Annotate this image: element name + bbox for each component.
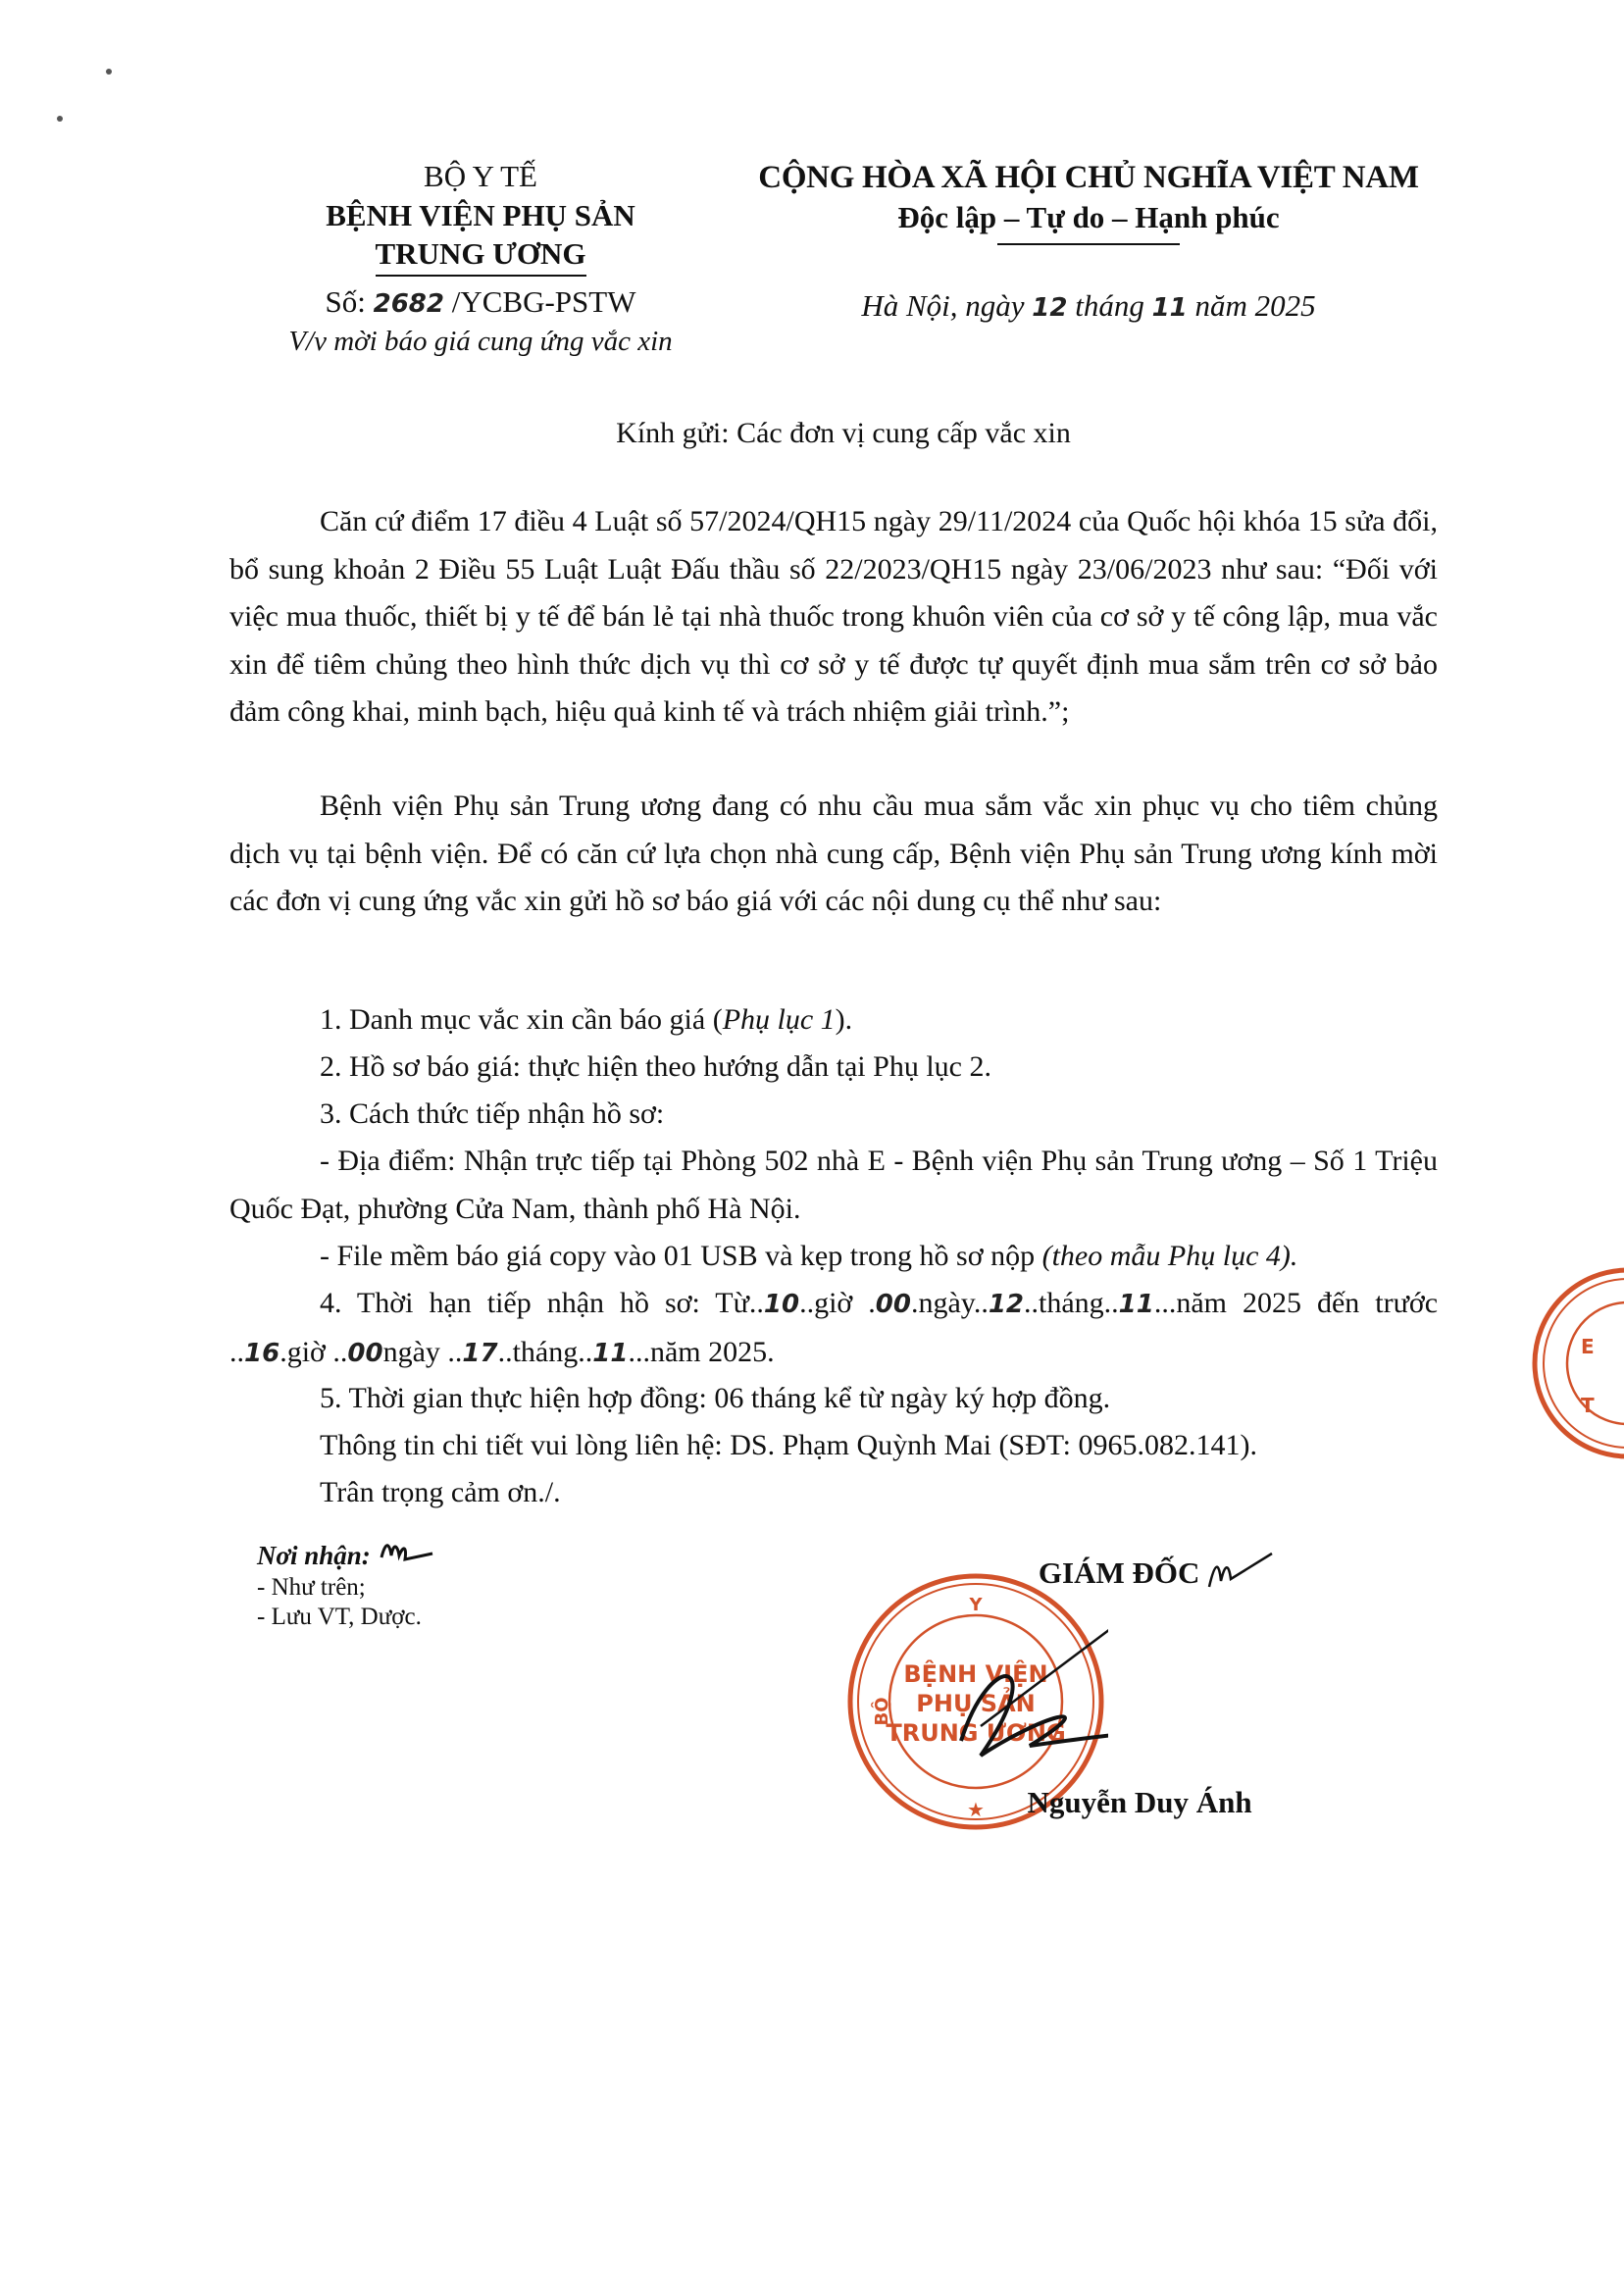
- handwritten-day: 12: [1032, 293, 1067, 323]
- item-4-deadline: 4. Thời hạn tiếp nhận hồ sơ: Từ..10..giờ…: [229, 1280, 1438, 1377]
- recipient-line: Kính gửi: Các đơn vị cung cấp vắc xin: [216, 417, 1471, 450]
- recipient-item: - Như trên;: [257, 1573, 669, 1603]
- item-1: 1. Danh mục vắc xin cần báo giá (Phụ lục…: [229, 996, 1438, 1045]
- svg-text:PHỤ SẢN: PHỤ SẢN: [916, 1685, 1035, 1717]
- country-name: CỘNG HÒA XÃ HỘI CHỦ NGHĨA VIỆT NAM: [706, 157, 1471, 198]
- hospital-name-line2: TRUNG ƯƠNG: [376, 235, 586, 277]
- ministry-name: BỘ Y TẾ: [245, 157, 716, 196]
- handwritten-from-minute: 00: [876, 1290, 911, 1319]
- svg-text:★: ★: [967, 1800, 985, 1821]
- svg-text:Y: Y: [968, 1595, 983, 1615]
- item-3: 3. Cách thức tiếp nhận hồ sơ:: [229, 1091, 1438, 1139]
- recipients-block: Nơi nhận: - Như trên; - Lưu VT, Dược.: [257, 1538, 669, 1632]
- partial-stamp-icon: E T: [1530, 1236, 1624, 1471]
- recipient-item: - Lưu VT, Dược.: [257, 1603, 669, 1632]
- handwritten-to-minute: 00: [347, 1339, 382, 1368]
- document-number: Số: 2682 /YCBG-PSTW: [245, 282, 716, 324]
- issue-date: Hà Nội, ngày 12 tháng 11 năm 2025: [706, 288, 1471, 324]
- handwritten-to-month: 11: [592, 1339, 628, 1368]
- initials-signature-icon: [378, 1538, 436, 1567]
- scan-speck: [57, 116, 63, 122]
- national-header: CỘNG HÒA XÃ HỘI CHỦ NGHĨA VIỆT NAM Độc l…: [706, 157, 1471, 245]
- signer-name: Nguyễn Duy Ánh: [992, 1785, 1287, 1820]
- handwritten-from-hour: 10: [764, 1290, 799, 1319]
- national-motto: Độc lập – Tự do – Hạnh phúc: [897, 198, 1279, 237]
- document-subject: V/v mời báo giá cung ứng vắc xin: [245, 324, 716, 359]
- handwritten-month: 11: [1152, 293, 1188, 323]
- paragraph-request: Bệnh viện Phụ sản Trung ương đang có nhu…: [229, 783, 1438, 926]
- signature-flourish-icon: [1207, 1552, 1276, 1591]
- handwritten-to-day: 17: [462, 1339, 497, 1368]
- item-5: 5. Thời gian thực hiện hợp đồng: 06 thán…: [229, 1375, 1438, 1423]
- hospital-name: BỆNH VIỆN PHỤ SẢN: [245, 196, 716, 235]
- item-2: 2. Hồ sơ báo giá: thực hiện theo hướng d…: [229, 1044, 1438, 1092]
- handwritten-to-hour: 16: [244, 1339, 279, 1368]
- handwritten-from-day: 12: [989, 1290, 1024, 1319]
- handwritten-from-month: 11: [1119, 1290, 1154, 1319]
- recipients-title: Nơi nhận:: [257, 1538, 669, 1573]
- contact-info: Thông tin chi tiết vui lòng liên hệ: DS.…: [229, 1422, 1438, 1470]
- motto-underline: [997, 243, 1180, 245]
- svg-text:T: T: [1581, 1394, 1595, 1417]
- scan-speck: [106, 69, 112, 75]
- item-3-softcopy: - File mềm báo giá copy vào 01 USB và kẹ…: [229, 1233, 1438, 1281]
- svg-text:BỆNH VIỆN: BỆNH VIỆN: [903, 1658, 1047, 1688]
- item-3-location: - Địa điểm: Nhận trực tiếp tại Phòng 502…: [229, 1138, 1438, 1233]
- signer-title: GIÁM ĐỐC: [1030, 1552, 1285, 1591]
- svg-text:E: E: [1581, 1335, 1595, 1358]
- closing-line: Trân trọng cảm ơn./.: [229, 1469, 1438, 1517]
- issuer-header: BỘ Y TẾ BỆNH VIỆN PHỤ SẢN TRUNG ƯƠNG Số:…: [245, 157, 716, 359]
- paragraph-legal-basis: Căn cứ điểm 17 điều 4 Luật số 57/2024/QH…: [229, 498, 1438, 737]
- handwritten-number: 2682: [374, 289, 444, 319]
